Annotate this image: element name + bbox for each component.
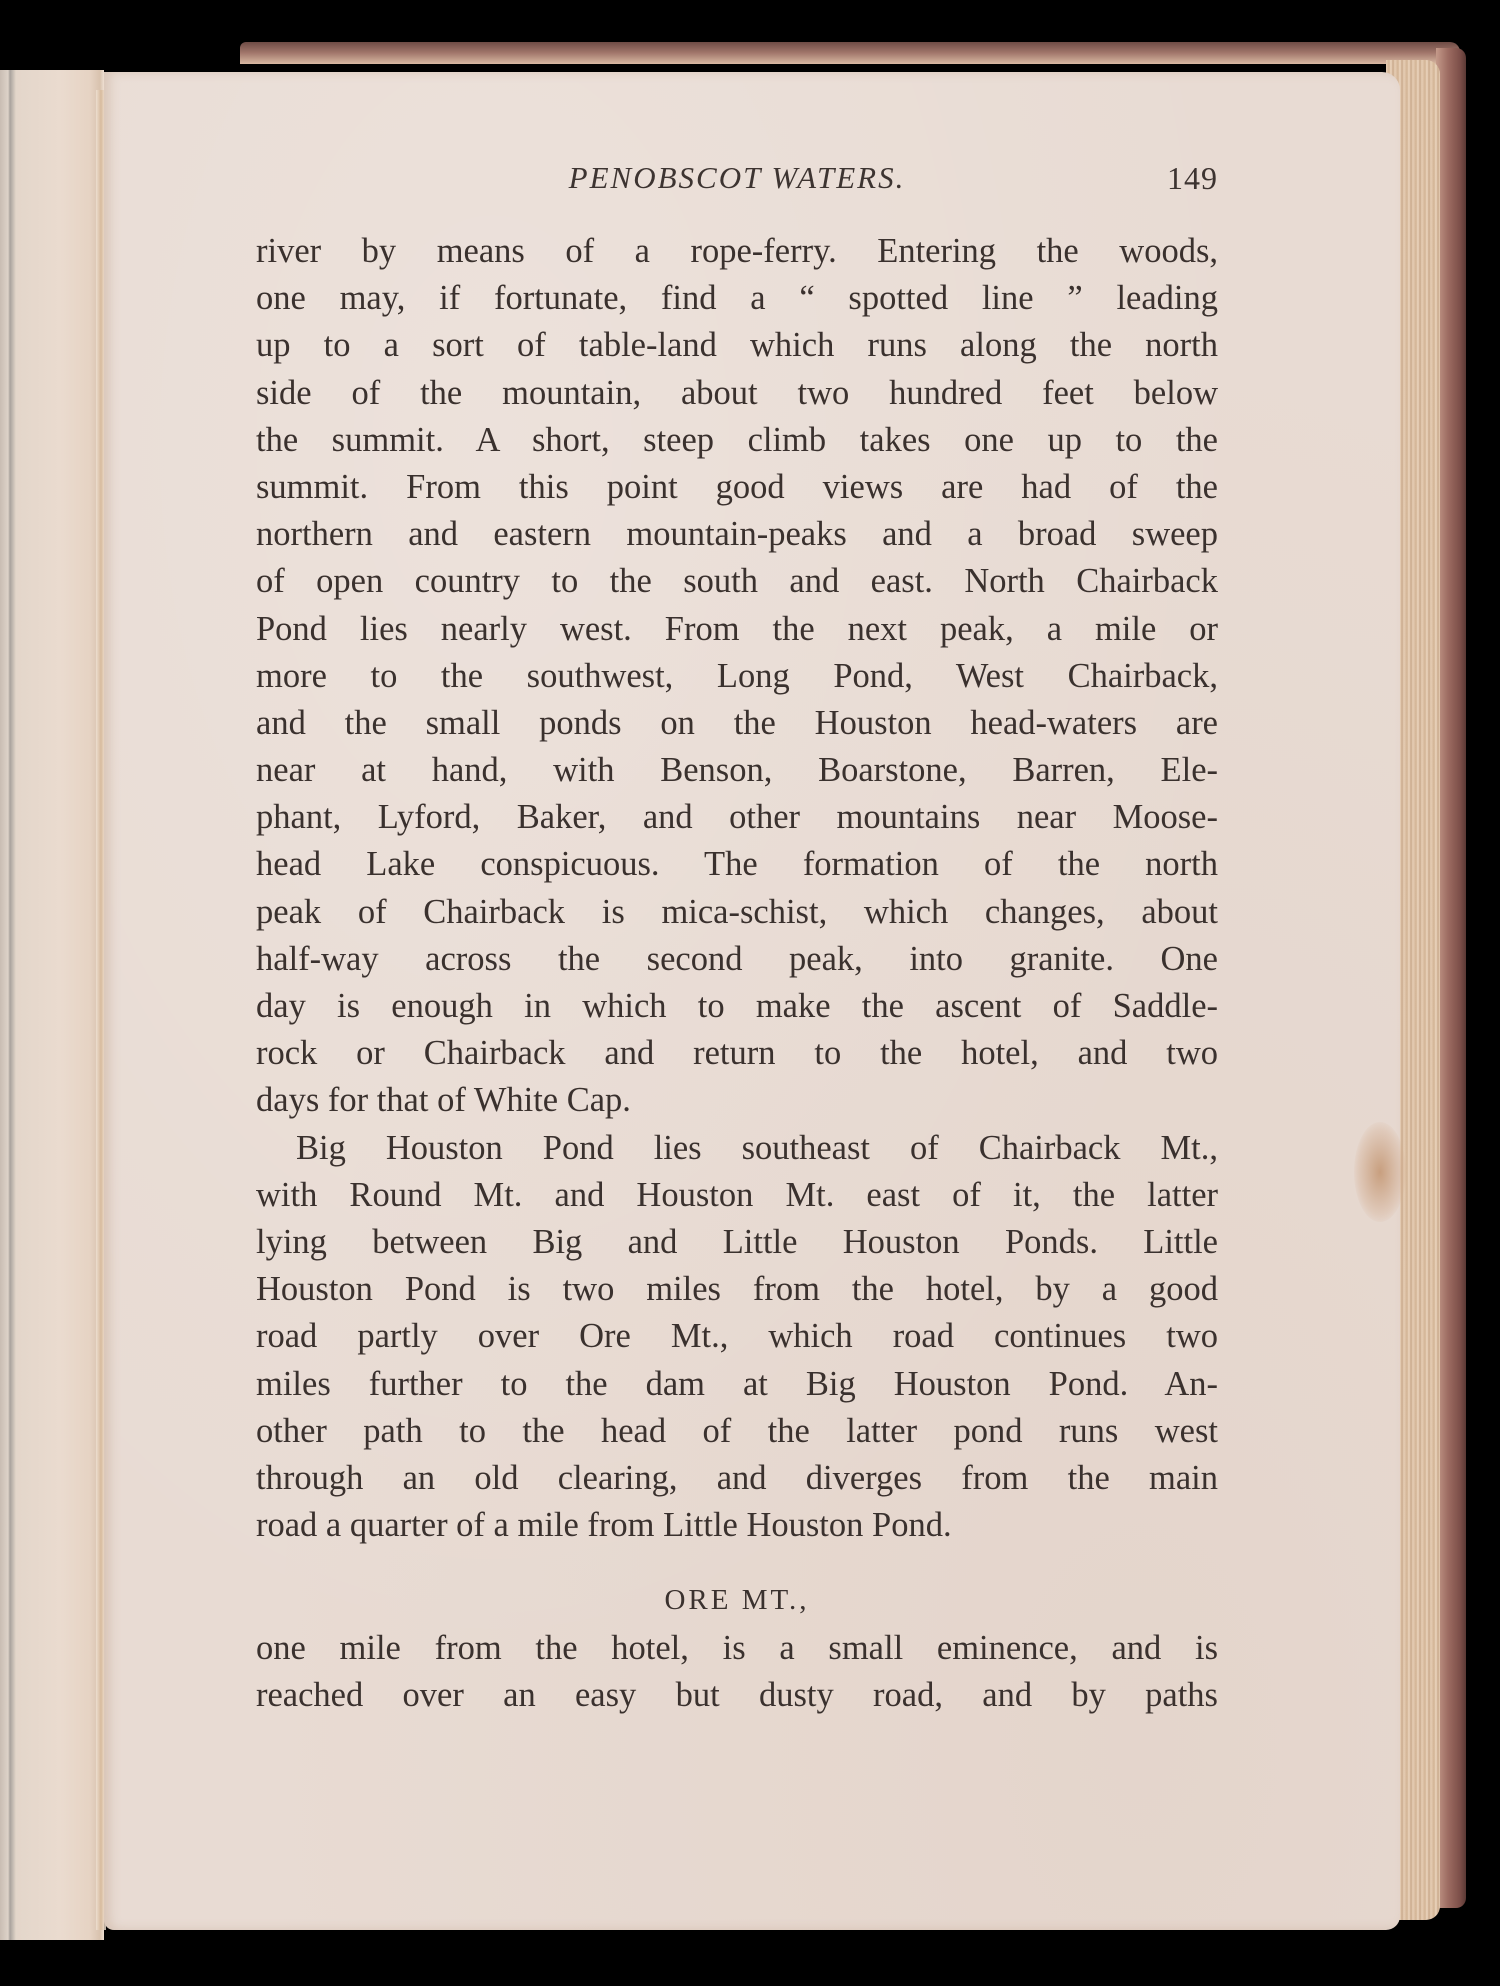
section-heading: ORE MT.,: [256, 1575, 1218, 1625]
text-line: summit. From this point good views are h…: [256, 464, 1218, 511]
text-line: more to the southwest, Long Pond, West C…: [256, 653, 1218, 700]
text-line: Pond lies nearly west. From the next pea…: [256, 606, 1218, 653]
paragraph-1: river by means of a rope-ferry. Entering…: [256, 228, 1218, 1125]
text-line: up to a sort of table-land which runs al…: [256, 322, 1218, 369]
text-line: Houston Pond is two miles from the hotel…: [256, 1266, 1218, 1313]
text-line: of open country to the south and east. N…: [256, 558, 1218, 605]
text-line: other path to the head of the latter pon…: [256, 1408, 1218, 1455]
text-line: days for that of White Cap.: [256, 1077, 1218, 1124]
text-line: river by means of a rope-ferry. Entering…: [256, 228, 1218, 275]
text-line: side of the mountain, about two hundred …: [256, 370, 1218, 417]
running-head: PENOBSCOT WATERS. 149: [256, 160, 1218, 204]
text-line: day is enough in which to make the ascen…: [256, 983, 1218, 1030]
page-number: 149: [1167, 160, 1218, 197]
paragraph-2: Big Houston Pond lies southeast of Chair…: [256, 1125, 1218, 1550]
text-line: reached over an easy but dusty road, and…: [256, 1672, 1218, 1719]
text-line: lying between Big and Little Houston Pon…: [256, 1219, 1218, 1266]
text-line: one mile from the hotel, is a small emin…: [256, 1625, 1218, 1672]
text-line: miles further to the dam at Big Houston …: [256, 1361, 1218, 1408]
text-line: phant, Lyford, Baker, and other mountain…: [256, 794, 1218, 841]
paragraph-3: one mile from the hotel, is a small emin…: [256, 1625, 1218, 1719]
text-line: the summit. A short, steep climb takes o…: [256, 417, 1218, 464]
text-line: rock or Chairback and return to the hote…: [256, 1030, 1218, 1077]
running-title: PENOBSCOT WATERS.: [256, 160, 1218, 196]
text-line: near at hand, with Benson, Boarstone, Ba…: [256, 747, 1218, 794]
text-line: northern and eastern mountain-peaks and …: [256, 511, 1218, 558]
text-line: peak of Chairback is mica-schist, which …: [256, 889, 1218, 936]
paper-stain: [1354, 1122, 1406, 1222]
text-line: with Round Mt. and Houston Mt. east of i…: [256, 1172, 1218, 1219]
text-line: through an old clearing, and diverges fr…: [256, 1455, 1218, 1502]
text-line: road partly over Ore Mt., which road con…: [256, 1313, 1218, 1360]
left-page-edge: [0, 70, 104, 1940]
text-line: and the small ponds on the Houston head-…: [256, 700, 1218, 747]
text-line: road a quarter of a mile from Little Hou…: [256, 1502, 1218, 1549]
text-line: head Lake conspicuous. The formation of …: [256, 841, 1218, 888]
text-line: Big Houston Pond lies southeast of Chair…: [256, 1125, 1218, 1172]
book-cover-top-edge: [240, 42, 1460, 64]
book-cover-right-edge: [1436, 48, 1466, 1908]
text-line: one may, if fortunate, find a “ spotted …: [256, 275, 1218, 322]
text-line: half-way across the second peak, into gr…: [256, 936, 1218, 983]
page-text: river by means of a rope-ferry. Entering…: [256, 228, 1218, 1720]
